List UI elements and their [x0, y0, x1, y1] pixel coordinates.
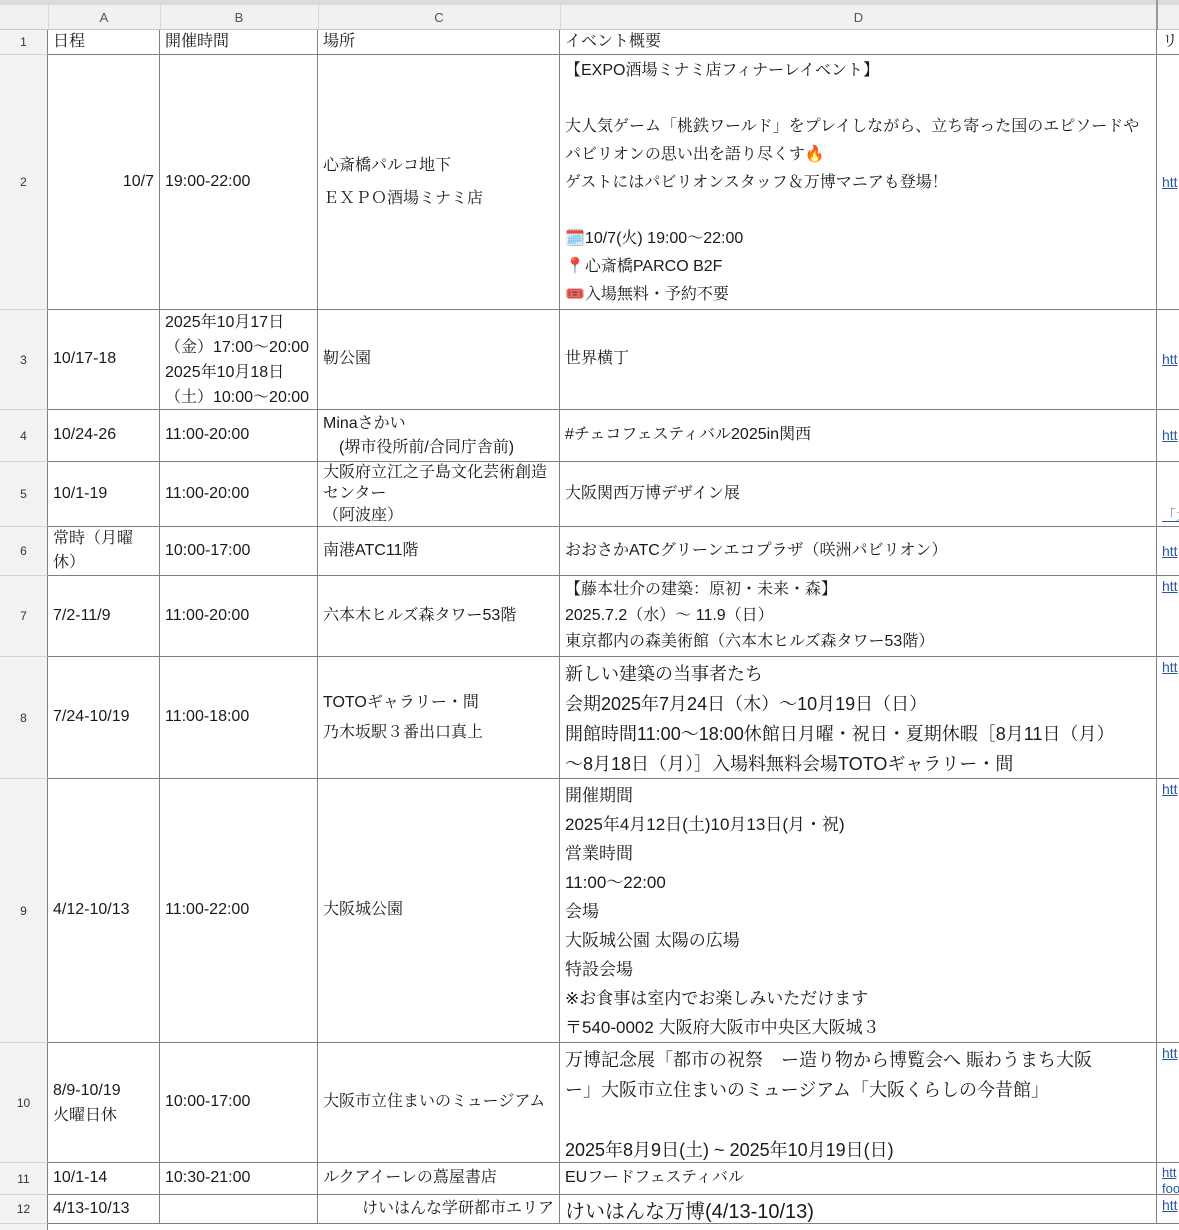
- cell-B8[interactable]: 11:00-18:00: [160, 657, 318, 779]
- cell-B1[interactable]: 開催時間: [160, 30, 318, 55]
- cell-E5-link[interactable]: 「大: [1157, 462, 1179, 527]
- spreadsheet-app: A B C D 1日程開催時間場所イベント概要リン210/719:00-22:0…: [0, 0, 1179, 1230]
- sheet-body: 1日程開催時間場所イベント概要リン210/719:00-22:00心斎橋パルコ地…: [0, 30, 1179, 1230]
- cell-A3[interactable]: 10/17-18: [48, 310, 160, 410]
- cell-C12[interactable]: けいはんな学研都市エリア: [318, 1195, 560, 1224]
- sheet-row-11: 1110/1-1410:30-21:00ルクアイーレの蔦屋書店EUフードフェステ…: [0, 1163, 1179, 1195]
- sheet-row-10: 108/9-10/19 火曜日休10:00-17:00大阪市立住まいのミュージア…: [0, 1043, 1179, 1163]
- cell-B5[interactable]: 11:00-20:00: [160, 462, 318, 527]
- blank-area: [48, 1224, 1179, 1230]
- row-header-4[interactable]: 4: [0, 410, 48, 462]
- cell-D5[interactable]: 大阪関西万博デザイン展: [560, 462, 1157, 527]
- sheet-row-4: 410/24-2611:00-20:00Minaさかい (堺市役所前/合同庁舎前…: [0, 410, 1179, 462]
- cell-E7-link[interactable]: htt: [1157, 576, 1179, 657]
- column-separator: [48, 4, 49, 30]
- cell-B7[interactable]: 11:00-20:00: [160, 576, 318, 657]
- cell-D11[interactable]: EUフードフェスティバル: [560, 1163, 1157, 1195]
- cell-E9-link[interactable]: htt: [1157, 779, 1179, 1043]
- cell-E2-link[interactable]: htt: [1157, 55, 1179, 310]
- cell-C7[interactable]: 六本木ヒルズ森タワー53階: [318, 576, 560, 657]
- column-header-c[interactable]: C: [318, 5, 560, 30]
- cell-E1[interactable]: リン: [1157, 30, 1179, 55]
- cell-C5[interactable]: 大阪府立江之子島文化芸術創造 センター （阿波座）: [318, 462, 560, 527]
- cell-D9[interactable]: 開催期間 2025年4月12日(土)10月13日(月・祝) 営業時間 11:00…: [560, 779, 1157, 1043]
- cell-B6[interactable]: 10:00-17:00: [160, 527, 318, 576]
- cell-D2[interactable]: 【EXPO酒場ミナミ店フィナーレイベント】 大人気ゲーム「桃鉄ワールド」をプレイ…: [560, 55, 1157, 310]
- cell-A1[interactable]: 日程: [48, 30, 160, 55]
- column-header-d[interactable]: D: [560, 5, 1157, 30]
- cell-A6[interactable]: 常時（月曜 休）: [48, 527, 160, 576]
- cell-E10-link[interactable]: htt: [1157, 1043, 1179, 1163]
- cell-C2[interactable]: 心斎橋パルコ地下 ＥＸＰＯ酒場ミナミ店: [318, 55, 560, 310]
- sheet-row-1: 1日程開催時間場所イベント概要リン: [0, 30, 1179, 55]
- row-header-12[interactable]: 12: [0, 1195, 48, 1224]
- cell-B10[interactable]: 10:00-17:00: [160, 1043, 318, 1163]
- row-header-2[interactable]: 2: [0, 55, 48, 310]
- cell-D1[interactable]: イベント概要: [560, 30, 1157, 55]
- sheet-row-5: 510/1-1911:00-20:00大阪府立江之子島文化芸術創造 センター （…: [0, 462, 1179, 527]
- column-separator: [160, 4, 161, 30]
- cell-E12-link[interactable]: htt: [1157, 1195, 1179, 1224]
- cell-E8-link[interactable]: htt: [1157, 657, 1179, 779]
- sheet-row-8: 87/24-10/1911:00-18:00TOTOギャラリー・間 乃木坂駅３番…: [0, 657, 1179, 779]
- cell-D6[interactable]: おおさかATCグリーンエコプラザ（咲洲パビリオン）: [560, 527, 1157, 576]
- cell-C6[interactable]: 南港ATC11階: [318, 527, 560, 576]
- row-header-7[interactable]: 7: [0, 576, 48, 657]
- cell-D12[interactable]: けいはんな万博(4/13-10/13): [560, 1195, 1157, 1224]
- cell-C3[interactable]: 靭公園: [318, 310, 560, 410]
- cell-A4[interactable]: 10/24-26: [48, 410, 160, 462]
- sheet-row-7: 77/2-11/911:00-20:00六本木ヒルズ森タワー53階【藤本壮介の建…: [0, 576, 1179, 657]
- cell-C1[interactable]: 場所: [318, 30, 560, 55]
- cell-B9[interactable]: 11:00-22:00: [160, 779, 318, 1043]
- column-header-b[interactable]: B: [160, 5, 318, 30]
- cell-E11-link[interactable]: htt foo: [1157, 1163, 1179, 1195]
- column-separator: [318, 4, 319, 30]
- cell-D4[interactable]: #チェコフェスティバル2025in関西: [560, 410, 1157, 462]
- cell-D7[interactable]: 【藤本壮介の建築：原初・未来・森】 2025.7.2（水）〜 11.9（日） 東…: [560, 576, 1157, 657]
- column-separator: [560, 4, 561, 30]
- cell-E4-link[interactable]: htt: [1157, 410, 1179, 462]
- pane-divider: [1156, 0, 1158, 30]
- cell-A12[interactable]: 4/13-10/13: [48, 1195, 160, 1224]
- cell-E6-link[interactable]: htt: [1157, 527, 1179, 576]
- cell-B12[interactable]: [160, 1195, 318, 1224]
- cell-B4[interactable]: 11:00-20:00: [160, 410, 318, 462]
- row-header-10[interactable]: 10: [0, 1043, 48, 1163]
- row-header-1[interactable]: 1: [0, 30, 48, 55]
- cell-A11[interactable]: 10/1-14: [48, 1163, 160, 1195]
- row-header-13-partial: [0, 1224, 48, 1230]
- column-header-a[interactable]: A: [48, 5, 160, 30]
- sheet-row-2: 210/719:00-22:00心斎橋パルコ地下 ＥＸＰＯ酒場ミナミ店【EXPO…: [0, 55, 1179, 310]
- cell-A2[interactable]: 10/7: [48, 55, 160, 310]
- cell-C4[interactable]: Minaさかい (堺市役所前/合同庁舎前): [318, 410, 560, 462]
- cell-A5[interactable]: 10/1-19: [48, 462, 160, 527]
- partial-row-13: [0, 1224, 1179, 1230]
- cell-A10[interactable]: 8/9-10/19 火曜日休: [48, 1043, 160, 1163]
- sheet-row-9: 94/12-10/1311:00-22:00大阪城公園開催期間 2025年4月1…: [0, 779, 1179, 1043]
- cell-C10[interactable]: 大阪市立住まいのミュージアム: [318, 1043, 560, 1163]
- cell-B2[interactable]: 19:00-22:00: [160, 55, 318, 310]
- cell-B11[interactable]: 10:30-21:00: [160, 1163, 318, 1195]
- cell-A7[interactable]: 7/2-11/9: [48, 576, 160, 657]
- cell-C11[interactable]: ルクアイーレの蔦屋書店: [318, 1163, 560, 1195]
- cell-D3[interactable]: 世界横丁: [560, 310, 1157, 410]
- cell-B3[interactable]: 2025年10月17日 （金）17:00〜20:00 2025年10月18日 （…: [160, 310, 318, 410]
- sheet-row-12: 124/13-10/13けいはんな学研都市エリアけいはんな万博(4/13-10/…: [0, 1195, 1179, 1224]
- row-header-8[interactable]: 8: [0, 657, 48, 779]
- row-header-9[interactable]: 9: [0, 779, 48, 1043]
- row-header-11[interactable]: 11: [0, 1163, 48, 1195]
- cell-D10[interactable]: 万博記念展「都市の祝祭 ー造り物から博覧会へ 賑わうまち大阪 ー」大阪市立住まい…: [560, 1043, 1157, 1163]
- cell-A8[interactable]: 7/24-10/19: [48, 657, 160, 779]
- sheet-row-6: 6常時（月曜 休）10:00-17:00南港ATC11階おおさかATCグリーンエ…: [0, 527, 1179, 576]
- cell-A9[interactable]: 4/12-10/13: [48, 779, 160, 1043]
- cell-C8[interactable]: TOTOギャラリー・間 乃木坂駅３番出口真上: [318, 657, 560, 779]
- row-header-5[interactable]: 5: [0, 462, 48, 527]
- row-header-3[interactable]: 3: [0, 310, 48, 410]
- row-header-6[interactable]: 6: [0, 527, 48, 576]
- cell-E3-link[interactable]: htt: [1157, 310, 1179, 410]
- sheet-row-3: 310/17-182025年10月17日 （金）17:00〜20:00 2025…: [0, 310, 1179, 410]
- cell-C9[interactable]: 大阪城公園: [318, 779, 560, 1043]
- column-header-strip: A B C D: [0, 0, 1179, 30]
- cell-D8[interactable]: 新しい建築の当事者たち 会期2025年7月24日（木）〜10月19日（日） 開館…: [560, 657, 1157, 779]
